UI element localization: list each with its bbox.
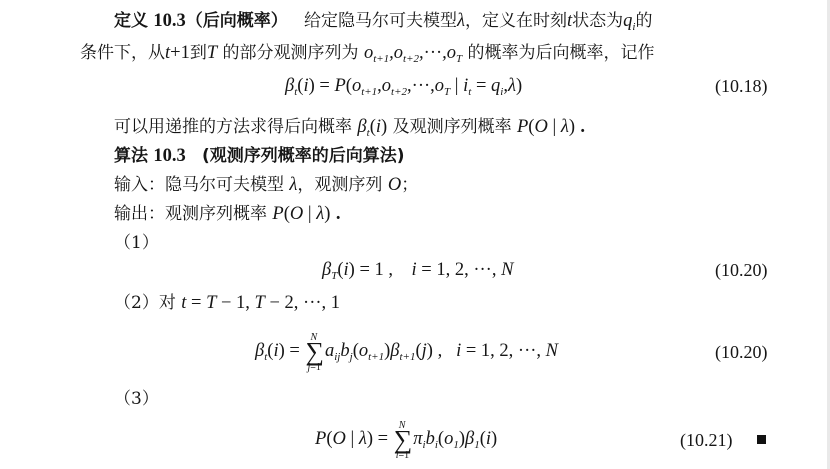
algorithm-title-line: 算法 10.3 (观测序列概率的后向算法) (114, 145, 405, 167)
lambda-symbol: λ (457, 11, 465, 31)
text-segment: 条件下，从 (80, 43, 165, 63)
text-segment: 的 (635, 11, 652, 31)
step-1-label: （1） (114, 232, 159, 254)
text-segment: 的部分观测序列为 (223, 43, 359, 63)
text-segment: ，观测序列 (297, 175, 382, 195)
algorithm-output: 输出：观测序列概率 P(O | λ) . (114, 203, 340, 225)
step-2-line: （2）对 t = T − 1, T − 2, ···, 1 (114, 292, 340, 314)
math-beta-t-i: βt (357, 117, 369, 137)
math-O: O (388, 175, 401, 195)
step-3-label: （3） (114, 388, 159, 410)
equation-number-10-20: (10.20) (715, 342, 768, 363)
summation-symbol: ∑Nj=1 (305, 341, 324, 363)
text-segment: 及观测序列概率 (393, 117, 512, 137)
equation-10-21: P(O | λ) = ∑Ni=1πibi(o1)β1(i) (315, 428, 497, 456)
definition-line-2: 条件下，从t+1到T 的部分观测序列为 ot+1,ot+2,···,oT 的概率… (80, 42, 655, 70)
algorithm-number: 10.3 (153, 146, 185, 166)
equation-number-10-21: (10.21) (680, 430, 733, 451)
end-of-proof-mark (757, 435, 766, 444)
step-2-label: （2） (114, 293, 159, 313)
equation-10-18: βt(i) = P(ot+1,ot+2,···,oT | it = qi,λ) (285, 75, 522, 103)
algorithm-input: 输入：隐马尔可夫模型 λ，观测序列 O； (114, 174, 418, 196)
text-segment: 可以用递推的方法求得后向概率 (114, 117, 352, 137)
equation-number-10-18: (10.18) (715, 76, 768, 97)
equation-10-20: βt(i) = ∑Nj=1aijbj(ot+1)βt+1(j) , i = 1,… (255, 340, 558, 368)
text-segment: 到 (190, 43, 207, 63)
algorithm-label: 算法 (114, 146, 148, 166)
definition-label: 定义 (114, 11, 148, 31)
definition-title: （后向概率） (186, 11, 288, 31)
text-segment: 输入：隐马尔可夫模型 (114, 175, 284, 195)
recursion-note: 可以用递推的方法求得后向概率 βt(i) 及观测序列概率 P(O | λ) . (114, 116, 585, 144)
math-observation-seq: ot+1,ot+2,···,oT (364, 43, 462, 63)
math-T: T (207, 43, 217, 63)
text-segment: 对 (159, 293, 176, 313)
text-segment: 状态为 (572, 11, 623, 31)
algorithm-title: (观测序列概率的后向算法) (202, 146, 405, 166)
equation-number-10-19: (10.20) (715, 260, 768, 281)
equation-10-19: βT(i) = 1 , i = 1, 2, ···, N (322, 259, 513, 287)
text-segment: 输出：观测序列概率 (114, 204, 267, 224)
summation-symbol: ∑Ni=1 (394, 429, 413, 451)
text-segment: ； (401, 175, 418, 195)
definition-number: 10.3 (153, 11, 185, 31)
math-q-i: qi (623, 11, 635, 31)
definition-line-1: 定义 10.3（后向概率） 给定隐马尔可夫模型λ，定义在时刻t状态为qi的 (114, 10, 652, 38)
text-segment: 的概率为后向概率，记作 (468, 43, 655, 63)
text-segment: 给定隐马尔可夫模型 (304, 11, 457, 31)
text-segment: ，定义在时刻 (465, 11, 567, 31)
